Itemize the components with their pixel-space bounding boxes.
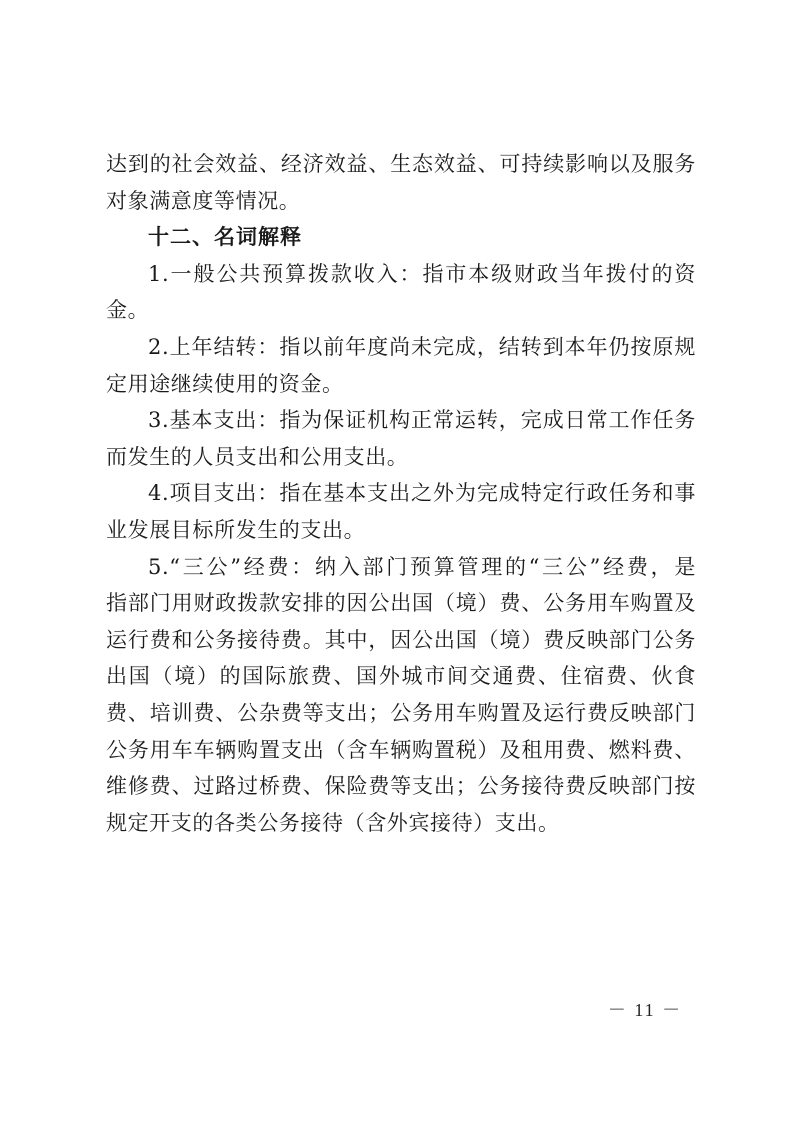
page-number: － 11 － <box>600 996 690 1022</box>
definition-3-line: 3.基本支出：指为保证机构正常运转，完成日常工作任务 <box>106 402 696 439</box>
definition-2-line: 定用途继续使用的资金。 <box>106 366 696 403</box>
document-page: 达到的社会效益、经济效益、生态效益、可持续影响以及服务 对象满意度等情况。 十二… <box>106 146 696 841</box>
definition-4-line: 业发展目标所发生的支出。 <box>106 512 696 549</box>
definition-5-line: 运行费和公务接待费。其中，因公出国（境）费反映部门公务 <box>106 622 696 659</box>
definition-5-line: 维修费、过路过桥费、保险费等支出；公务接待费反映部门按 <box>106 768 696 805</box>
definition-1-line: 1.一般公共预算拨款收入：指市本级财政当年拨付的资 <box>106 256 696 293</box>
body-line-continuation: 对象满意度等情况。 <box>106 183 696 220</box>
definition-5-line: 出国（境）的国际旅费、国外城市间交通费、住宿费、伙食 <box>106 658 696 695</box>
definition-5-line: 5.“三公”经费：纳入部门预算管理的“三公”经费，是 <box>106 549 696 586</box>
definition-1-line: 金。 <box>106 292 696 329</box>
body-line-continuation: 达到的社会效益、经济效益、生态效益、可持续影响以及服务 <box>106 146 696 183</box>
definition-2-line: 2.上年结转：指以前年度尚未完成，结转到本年仍按原规 <box>106 329 696 366</box>
definition-5-line: 费、培训费、公杂费等支出；公务用车购置及运行费反映部门 <box>106 695 696 732</box>
definition-5-line: 指部门用财政拨款安排的因公出国（境）费、公务用车购置及 <box>106 585 696 622</box>
section-heading-glossary: 十二、名词解释 <box>106 219 696 256</box>
definition-3-line: 而发生的人员支出和公用支出。 <box>106 439 696 476</box>
definition-4-line: 4.项目支出：指在基本支出之外为完成特定行政任务和事 <box>106 475 696 512</box>
definition-5-line: 公务用车车辆购置支出（含车辆购置税）及租用费、燃料费、 <box>106 732 696 769</box>
definition-5-line: 规定开支的各类公务接待（含外宾接待）支出。 <box>106 805 696 842</box>
